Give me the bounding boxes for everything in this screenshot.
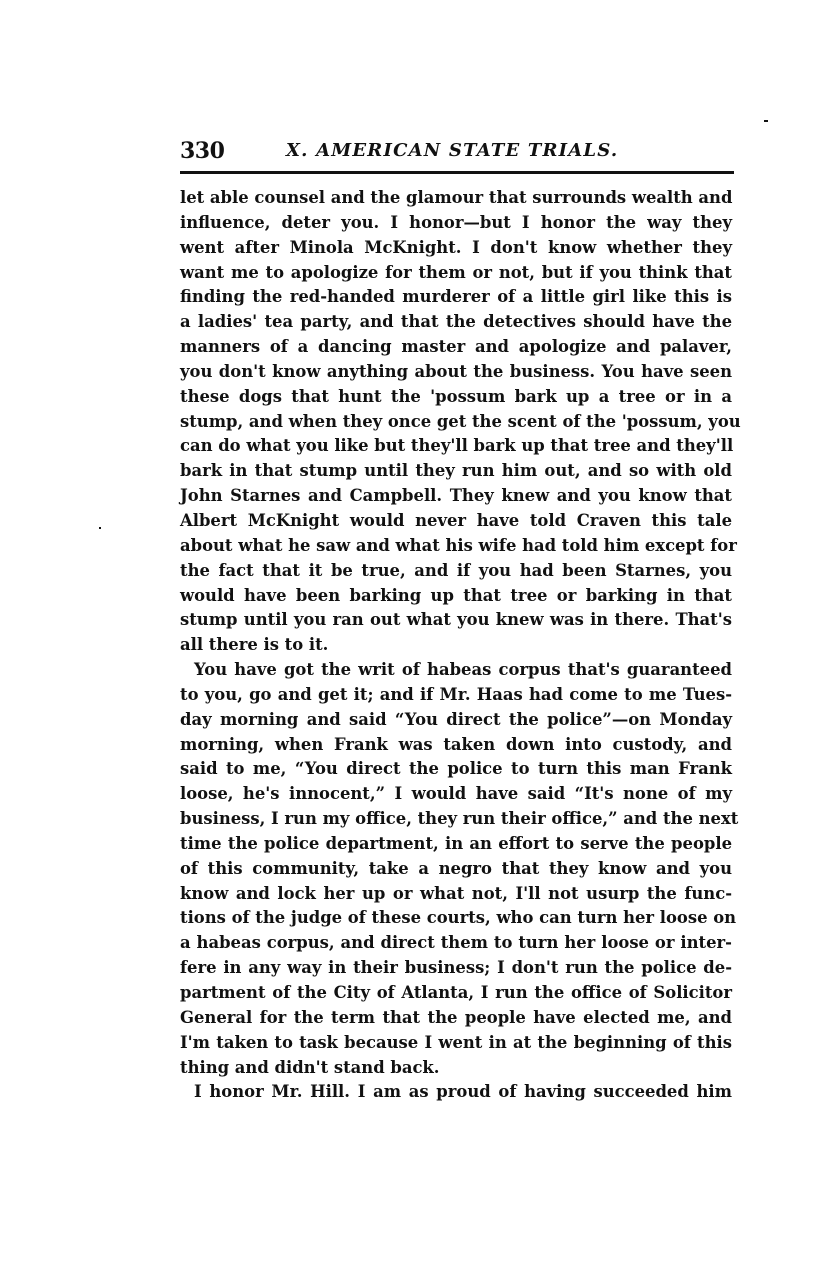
- text-line: thing and didn't stand back.: [180, 1056, 732, 1081]
- text-line: I'm taken to task because I went in at t…: [180, 1031, 732, 1056]
- text-line: bark in that stump until they run him ou…: [180, 459, 732, 484]
- text-line: John Starnes and Campbell. They knew and…: [180, 484, 732, 509]
- header-rule: [180, 171, 734, 174]
- text-line: to you, go and get it; and if Mr. Haas h…: [180, 683, 732, 708]
- text-line: morning, when Frank was taken down into …: [180, 733, 732, 758]
- text-line: You have got the writ of habeas corpus t…: [180, 658, 732, 683]
- text-line: want me to apologize for them or not, bu…: [180, 261, 732, 286]
- text-line: tions of the judge of these courts, who …: [180, 906, 732, 931]
- running-head-title: X. AMERICAN STATE TRIALS.: [286, 140, 618, 161]
- text-line: day morning and said “You direct the pol…: [180, 708, 732, 733]
- text-line: said to me, “You direct the police to tu…: [180, 757, 732, 782]
- text-line: influence, deter you. I honor—but I hono…: [180, 211, 732, 236]
- text-line: the fact that it be true, and if you had…: [180, 559, 732, 584]
- text-line: all there is to it.: [180, 633, 732, 658]
- text-line: manners of a dancing master and apologiz…: [180, 335, 732, 360]
- text-line: a ladies' tea party, and that the detect…: [180, 310, 732, 335]
- text-line: I honor Mr. Hill. I am as proud of havin…: [180, 1080, 732, 1105]
- text-line: these dogs that hunt the 'possum bark up…: [180, 385, 732, 410]
- text-line: about what he saw and what his wife had …: [180, 534, 732, 559]
- scan-speck: [99, 527, 101, 529]
- body-text: let able counsel and the glamour that su…: [180, 186, 732, 1105]
- text-line: you don't know anything about the busine…: [180, 360, 732, 385]
- text-line: business, I run my office, they run thei…: [180, 807, 732, 832]
- text-line: let able counsel and the glamour that su…: [180, 186, 732, 211]
- text-line: went after Minola McKnight. I don't know…: [180, 236, 732, 261]
- text-line: partment of the City of Atlanta, I run t…: [180, 981, 732, 1006]
- text-line: fere in any way in their business; I don…: [180, 956, 732, 981]
- text-line: stump, and when they once get the scent …: [180, 410, 732, 435]
- scan-speck: [764, 120, 768, 122]
- text-line: can do what you like but they'll bark up…: [180, 434, 732, 459]
- text-line: time the police department, in an effort…: [180, 832, 732, 857]
- text-line: of this community, take a negro that the…: [180, 857, 732, 882]
- text-line: would have been barking up that tree or …: [180, 584, 732, 609]
- text-line: know and lock her up or what not, I'll n…: [180, 882, 732, 907]
- text-line: finding the red-handed murderer of a lit…: [180, 285, 732, 310]
- text-line: a habeas corpus, and direct them to turn…: [180, 931, 732, 956]
- text-line: loose, he's innocent,” I would have said…: [180, 782, 732, 807]
- running-head: 330 X. AMERICAN STATE TRIALS.: [180, 138, 732, 166]
- text-line: stump until you ran out what you knew wa…: [180, 608, 732, 633]
- book-page: 330 X. AMERICAN STATE TRIALS. let able c…: [0, 0, 836, 1284]
- page-number: 330: [180, 138, 224, 164]
- text-line: Albert McKnight would never have told Cr…: [180, 509, 732, 534]
- text-line: General for the term that the people hav…: [180, 1006, 732, 1031]
